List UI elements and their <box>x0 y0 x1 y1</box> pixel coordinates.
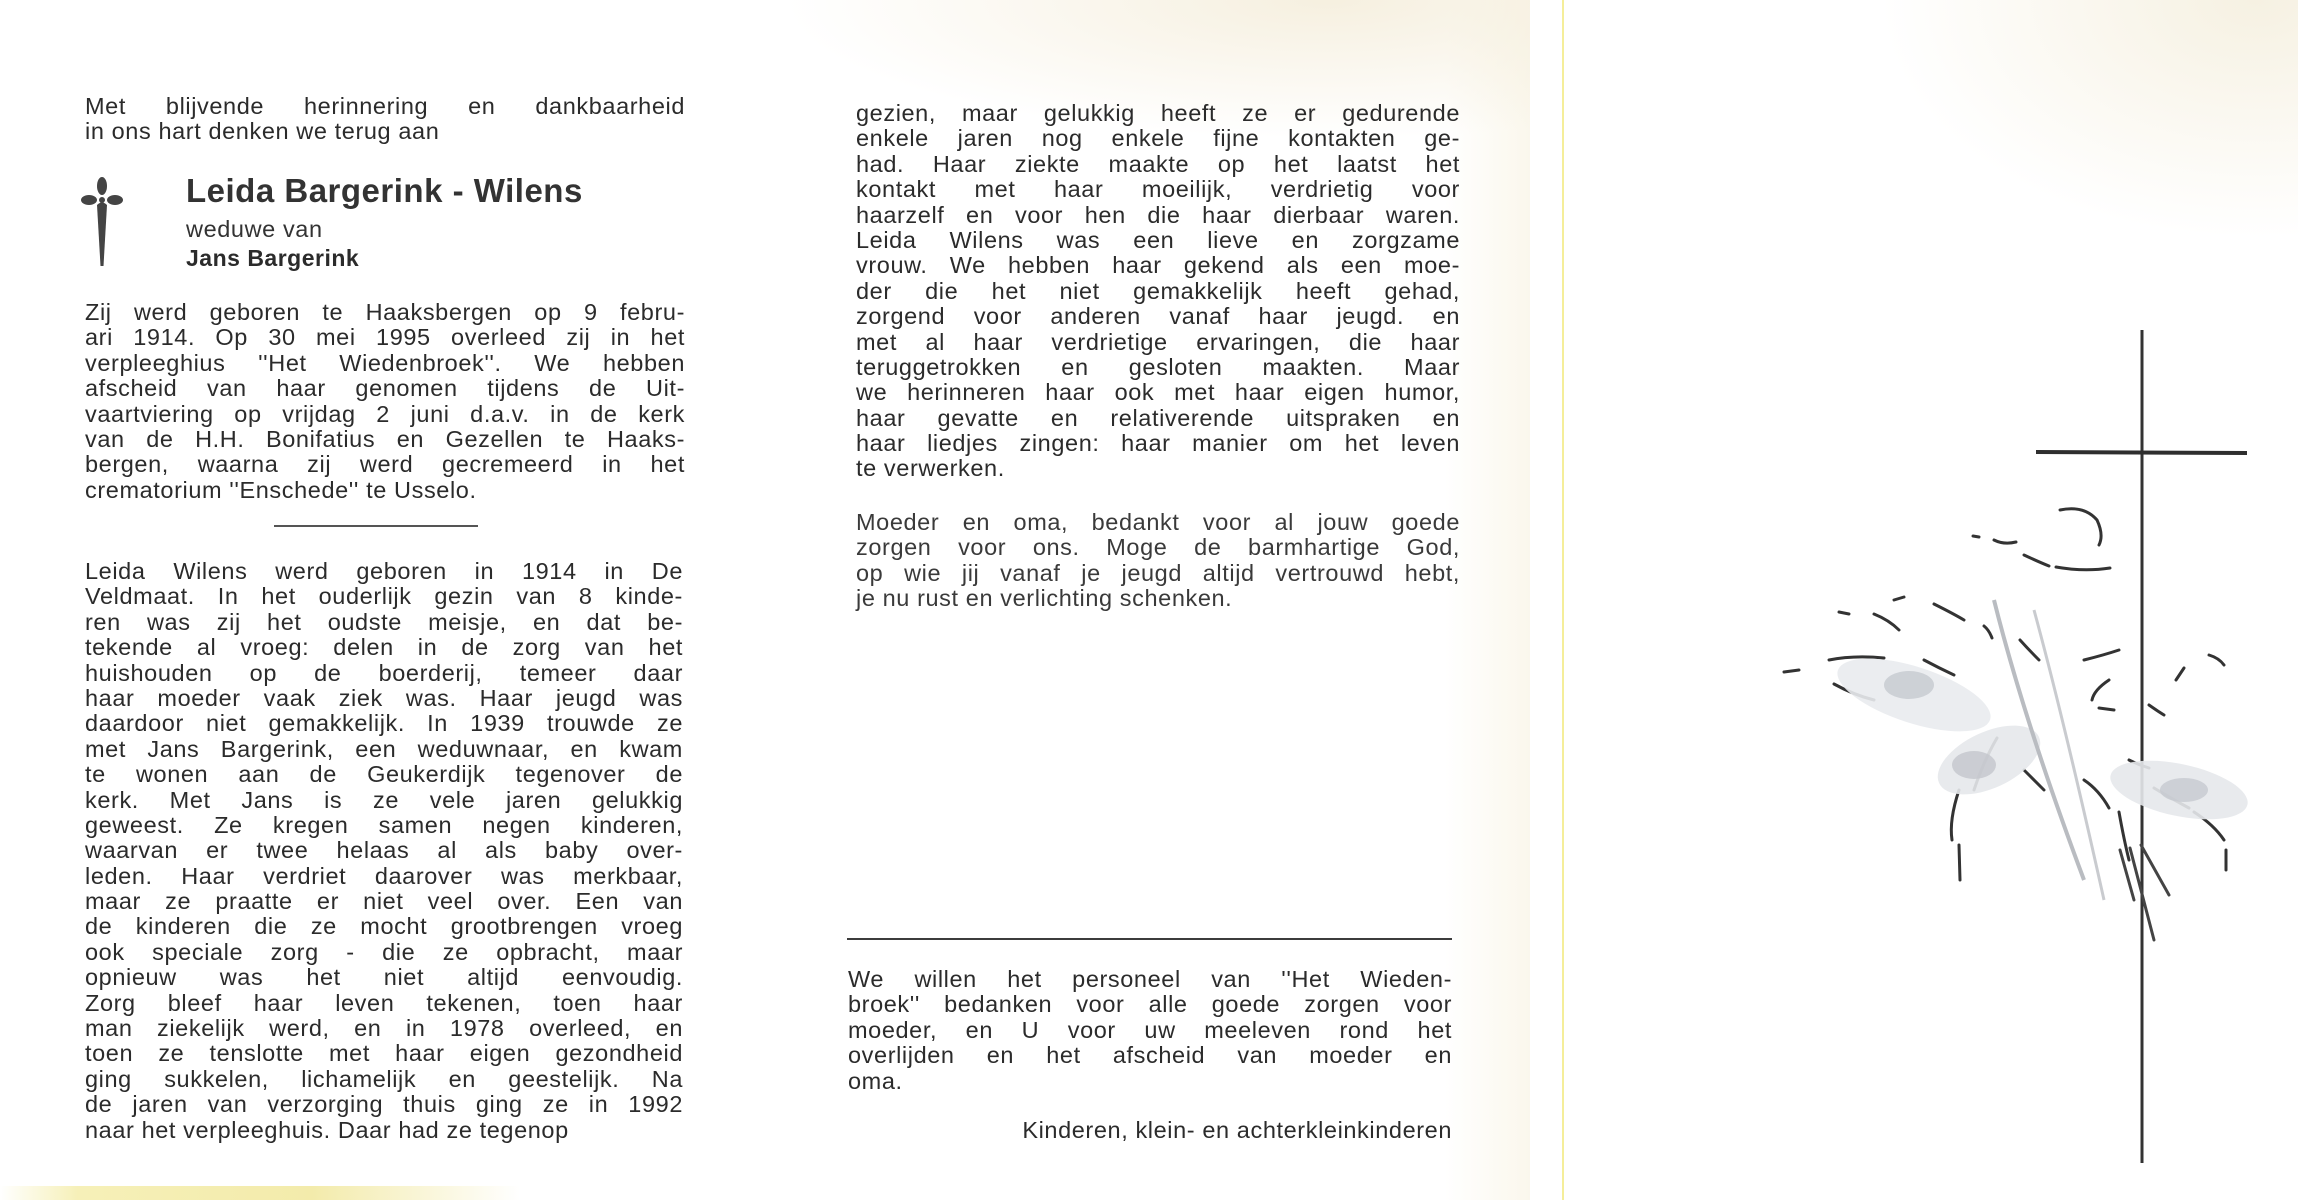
text-line: van de H.H. Bonifatius en Gezellen te Ha… <box>85 427 685 452</box>
husband-name: Jans Bargerink <box>186 245 359 272</box>
prayer-paragraph: Moeder en oma, bedankt voor al jouw goed… <box>856 510 1460 612</box>
text-line: Leida Wilens werd geboren in 1914 in De <box>85 559 683 584</box>
text-line: ging sukkelen, lichamelijk en geestelijk… <box>85 1067 683 1092</box>
text-line: zorgen voor ons. Moge de barmhartige God… <box>856 535 1460 560</box>
text-line: op wie jij vanaf je jeugd altijd vertrou… <box>856 561 1460 586</box>
text-line: vaartviering op vrijdag 2 juni d.a.v. in… <box>85 402 685 427</box>
text-line: We willen het personeel van ''Het Wieden… <box>848 967 1452 992</box>
text-line: in ons hart denken we terug aan <box>85 119 685 144</box>
text-line: opnieuw was het niet altijd eenvoudig. <box>85 965 683 990</box>
ornamental-cross-icon <box>80 172 124 268</box>
text-line: de kinderen die ze mocht grootbrengen vr… <box>85 914 683 939</box>
text-line: broek'' bedanken voor alle goede zorgen … <box>848 992 1452 1017</box>
signature: Kinderen, klein- en achterkleinkinderen <box>848 1117 1452 1144</box>
text-line: je nu rust en verlichting schenken. <box>856 586 1460 611</box>
text-line: met al haar verdrietige ervaringen, die … <box>856 330 1460 355</box>
lily-petals <box>1829 600 2253 900</box>
text-line: ook speciale zorg - die ze opbracht, maa… <box>85 940 683 965</box>
text-line: oma. <box>848 1069 1452 1094</box>
text-line: we herinneren haar ook met haar eigen hu… <box>856 380 1460 405</box>
separator-rule <box>847 938 1452 940</box>
text-line: te verwerken. <box>856 456 1460 481</box>
deceased-name: Leida Bargerink - Wilens <box>186 172 583 210</box>
text-line: Zij werd geboren te Haaksbergen op 9 feb… <box>85 300 685 325</box>
text-line: toen ze tenslotte met haar eigen gezondh… <box>85 1041 683 1066</box>
text-line: haar moeder vaak ziek was. Haar jeugd wa… <box>85 686 683 711</box>
paper-edge-stain <box>0 1186 520 1200</box>
text-line: moeder, en U voor uw meeleven rond het <box>848 1018 1452 1043</box>
text-line: verpleeghius ''Het Wiedenbroek''. We heb… <box>85 351 685 376</box>
text-line: haar liedjes zingen: haar manier om het … <box>856 431 1460 456</box>
text-line: vrouw. We hebben haar gekend als een moe… <box>856 253 1460 278</box>
text-line: daardoor niet gemakkelijk. In 1939 trouw… <box>85 711 683 736</box>
text-line: geweest. Ze kregen samen negen kinderen, <box>85 813 683 838</box>
text-line: waarvan er twee helaas al als baby over- <box>85 838 683 863</box>
biography-paragraph-2: Leida Wilens werd geboren in 1914 in DeV… <box>85 559 683 1143</box>
text-line: leden. Haar verdriet daarover was merkba… <box>85 864 683 889</box>
text-line: kerk. Met Jans is ze vele jaren gelukkig <box>85 788 683 813</box>
text-line: man ziekelijk werd, en in 1978 overleed,… <box>85 1016 683 1041</box>
text-line: Moeder en oma, bedankt voor al jouw goed… <box>856 510 1460 535</box>
text-line: had. Haar ziekte maakte op het laatst he… <box>856 152 1460 177</box>
biography-paragraph-1: Zij werd geboren te Haaksbergen op 9 feb… <box>85 300 685 503</box>
thanks-paragraph: We willen het personeel van ''Het Wieden… <box>848 967 1452 1094</box>
text-line: Leida Wilens was een lieve en zorgzame <box>856 228 1460 253</box>
text-line: haar gevatte en relativerende uitspraken… <box>856 406 1460 431</box>
text-line: de jaren van verzorging thuis ging ze in… <box>85 1092 683 1117</box>
lily-flowers-icon <box>1784 509 2226 880</box>
text-line: tekende al vroeg: delen in de zorg van h… <box>85 635 683 660</box>
text-line: naar het verpleeghuis. Daar had ze tegen… <box>85 1118 683 1143</box>
text-line: haarzelf en voor hen die haar dierbaar w… <box>856 203 1460 228</box>
text-line: Zorg bleef haar leven tekenen, toen haar <box>85 991 683 1016</box>
text-line: afscheid van haar genomen tijdens de Uit… <box>85 376 685 401</box>
text-line: te wonen aan de Geukerdijk tegenover de <box>85 762 683 787</box>
text-line: maar ze praatte er niet veel over. Een v… <box>85 889 683 914</box>
text-line: zorgend voor anderen vanaf haar jeugd. e… <box>856 304 1460 329</box>
text-line: teruggetrokken en gesloten maakten. Maar <box>856 355 1460 380</box>
biography-paragraph-3: gezien, maar gelukkig heeft ze er gedure… <box>856 101 1460 482</box>
text-line: kontakt met haar moeilijk, verdrietig vo… <box>856 177 1460 202</box>
text-line: met Jans Bargerink, een weduwnaar, en kw… <box>85 737 683 762</box>
text-line: bergen, waarna zij werd gecremeerd in he… <box>85 452 685 477</box>
text-line: Veldmaat. In het ouderlijk gezin van 8 k… <box>85 584 683 609</box>
text-line: enkele jaren nog enkele fijne kontakten … <box>856 126 1460 151</box>
text-line: crematorium ''Enschede'' te Usselo. <box>85 478 685 503</box>
fold-gap <box>1530 0 1562 1200</box>
text-line: overlijden en het afscheid van moeder en <box>848 1043 1452 1068</box>
text-line: gezien, maar gelukkig heeft ze er gedure… <box>856 101 1460 126</box>
text-line: Met blijvende herinnering en dankbaarhei… <box>85 94 685 119</box>
text-line: ari 1914. Op 30 mei 1995 overleed zij in… <box>85 325 685 350</box>
cross-with-lilies-illustration <box>1564 0 2298 1200</box>
text-line: der die het niet gemakkelijk heeft gehad… <box>856 279 1460 304</box>
intro-text: Met blijvende herinnering en dankbaarhei… <box>85 94 685 145</box>
text-line: huishouden op de boerderij, temeer daar <box>85 661 683 686</box>
widow-of-label: weduwe van <box>186 216 323 243</box>
separator-rule <box>274 525 478 527</box>
text-line: ren was zij het oudste meisje, en dat be… <box>85 610 683 635</box>
